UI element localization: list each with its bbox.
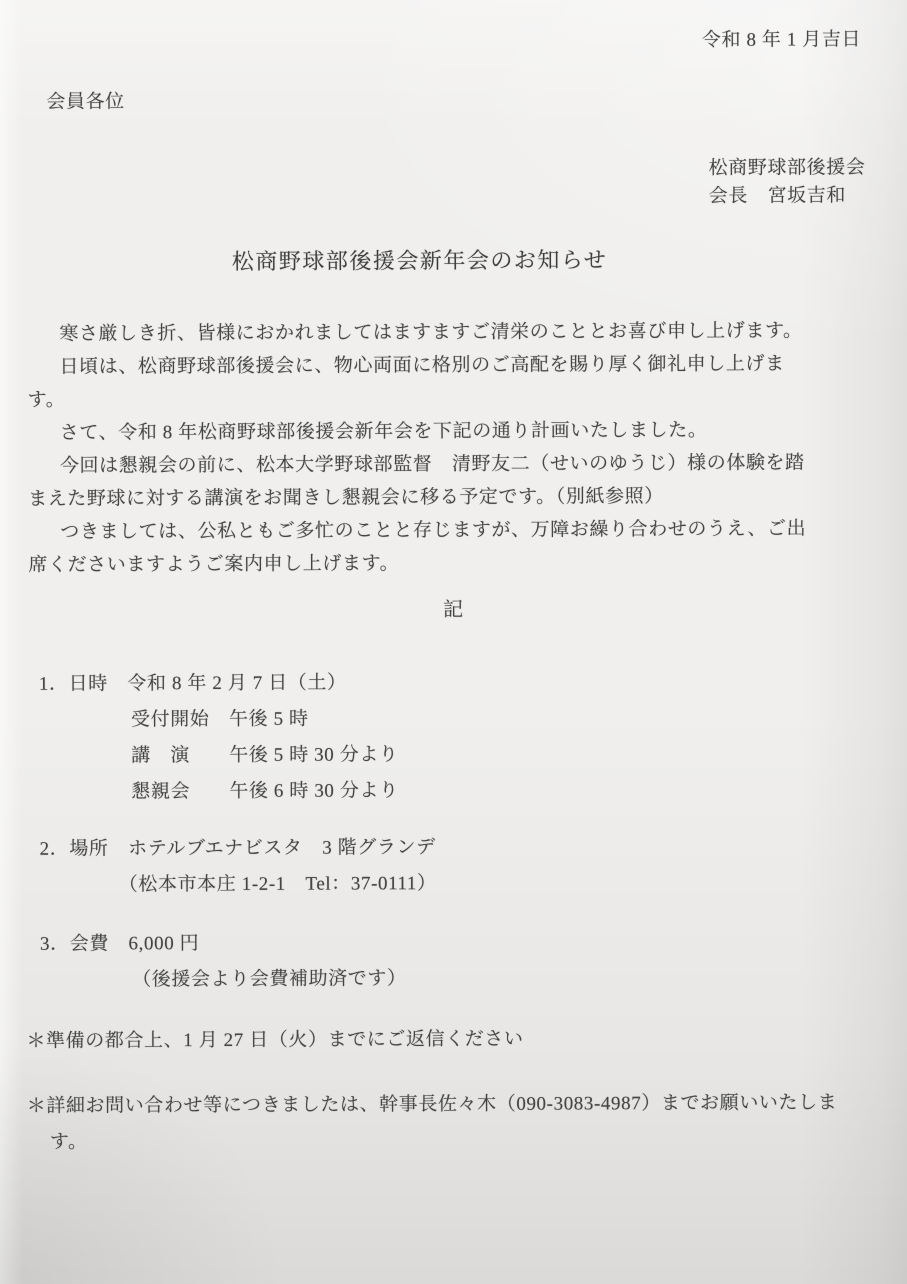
item-fee-subsidy: （後援会より会費補助済です）	[132, 959, 907, 998]
sender-organization: 松商野球部後援会	[709, 154, 906, 183]
item-datetime: 1．日時 令和 8 年 2 月 7 日（土） 受付開始 午後 5 時 講 演 午…	[1, 663, 907, 811]
record-marker: 記	[1, 596, 907, 624]
letter-recipient: 会員各位	[46, 87, 905, 114]
scanned-letter-page: 令和 8 年 1 月吉日 会員各位 松商野球部後援会 会長 宮坂吉和 松商野球部…	[0, 0, 907, 1284]
footnotes: ＊準備の都合上、1 月 27 日（火）までにご返信ください ＊詳細お問い合わせ等…	[26, 1020, 907, 1161]
item-datetime-reception: 受付開始 午後 5 時	[131, 699, 907, 738]
body-line: 今回は懇親会の前に、松本大学野球部監督 清野友二（せいのゆうじ）様の体験を踏	[28, 446, 877, 483]
body-line: 日頃は、松商野球部後援会に、物心両面に格別のご高配を賜り厚く御礼申し上げま	[27, 347, 876, 384]
item-venue: 2．場所 ホテルブエナビスタ 3 階グランデ （松本市本庄 1-2-1 Tel：…	[2, 828, 907, 904]
note-reply-deadline: ＊準備の都合上、1 月 27 日（火）までにご返信ください	[26, 1020, 907, 1060]
body-line: さて、令和 8 年松商野球部後援会新年会を下記の通り計画いたしました。	[28, 413, 877, 450]
body-line: 席くださいますようご案内申し上げます。	[28, 545, 877, 582]
item-fee: 3．会費 6,000 円 （後援会より会費補助済です）	[2, 923, 907, 999]
body-line: 寒さ厳しき折、皆様におかれましてはますますご清栄のこととお喜び申し上げます。	[27, 314, 876, 351]
detail-items: 1．日時 令和 8 年 2 月 7 日（土） 受付開始 午後 5 時 講 演 午…	[1, 663, 907, 999]
note-contact: ＊詳細お問い合わせ等につきましたは、幹事長佐々木（090-3083-4987）ま…	[27, 1085, 907, 1125]
item-venue-address: （松本市本庄 1-2-1 Tel：37-0111）	[119, 864, 907, 903]
item-datetime-party: 懇親会 午後 6 時 30 分より	[131, 771, 907, 810]
body-line: す。	[28, 380, 877, 417]
letter-title: 松商野球部後援会新年会のお知らせ	[0, 246, 840, 276]
letter-body: 寒さ厳しき折、皆様におかれましてはますますご清栄のこととお喜び申し上げます。 日…	[27, 314, 877, 582]
item-datetime-lecture: 講 演 午後 5 時 30 分より	[131, 735, 907, 774]
item-fee-heading: 3．会費 6,000 円	[40, 923, 907, 963]
body-line: つきましては、公私ともご多忙のことと存じますが、万障お繰り合わせのうえ、ご出	[28, 512, 877, 549]
letter-content: 令和 8 年 1 月吉日 会員各位 松商野球部後援会 会長 宮坂吉和 松商野球部…	[0, 28, 907, 1161]
body-line: まえた野球に対する講演をお聞きし懇親会に移る予定です。（別紙参照）	[28, 479, 877, 516]
item-datetime-heading: 1．日時 令和 8 年 2 月 7 日（土）	[39, 663, 907, 703]
note-contact-continuation: す。	[50, 1121, 907, 1161]
item-venue-heading: 2．場所 ホテルブエナビスタ 3 階グランデ	[40, 828, 907, 868]
letter-date: 令和 8 年 1 月吉日	[0, 28, 905, 55]
sender-name: 会長 宮坂吉和	[709, 182, 906, 211]
letter-sender-block: 松商野球部後援会 会長 宮坂吉和	[709, 154, 906, 211]
